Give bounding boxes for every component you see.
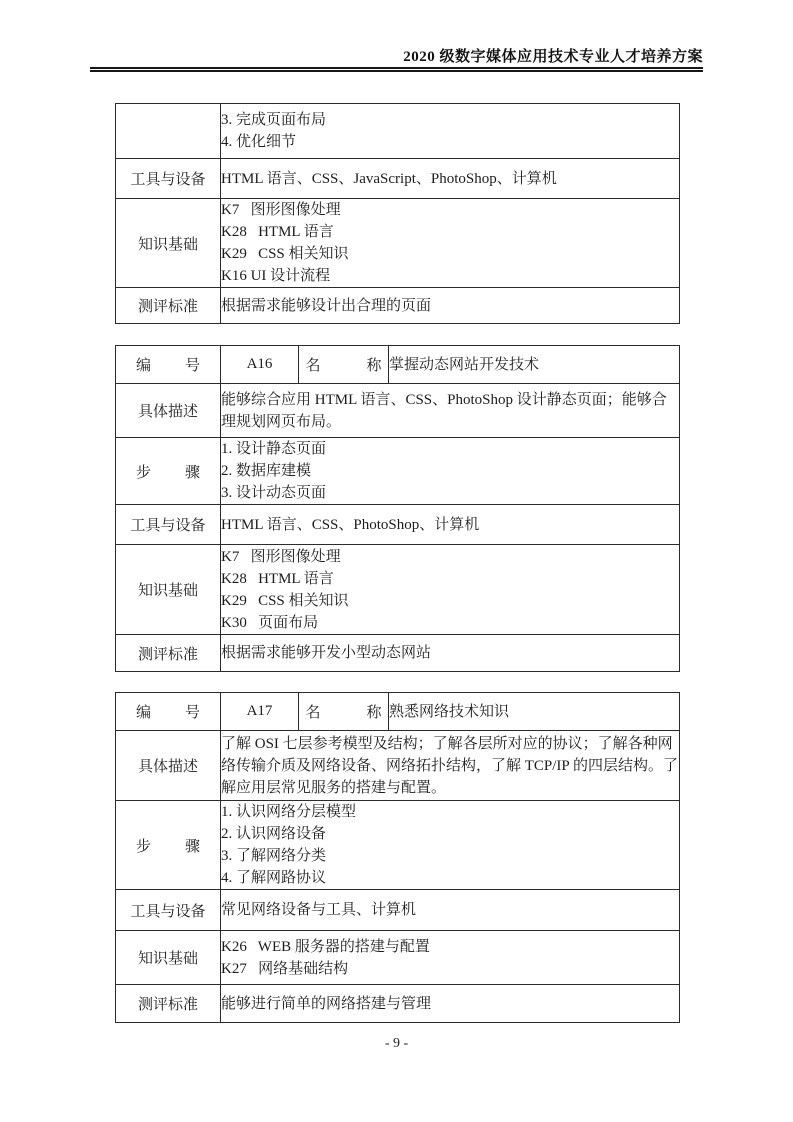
content-line: 3. 了解网络分类 — [221, 845, 679, 867]
task-table-a16: 编 号 A16 名 称 掌握动态网站开发技术 具体描述 能够综合应用 HTML … — [115, 345, 680, 672]
task-name: 熟悉网络技术知识 — [389, 693, 680, 731]
row-label-cell: 工具与设备 — [116, 505, 221, 545]
row-label-cell: 知识基础 — [116, 545, 221, 635]
content-line: K7 图形图像处理 — [221, 546, 679, 568]
document-title: 2020 级数字媒体应用技术专业人才培养方案 — [90, 45, 703, 66]
row-content-cell: HTML 语言、CSS、JavaScript、PhotoShop、计算机 — [221, 159, 680, 199]
row-label-cell: 知识基础 — [116, 199, 221, 288]
content-line: HTML 语言、CSS、JavaScript、PhotoShop、计算机 — [221, 168, 679, 190]
content-line: 1. 认识网络分层模型 — [221, 801, 679, 823]
row-label-cell: 名 称 — [299, 346, 389, 384]
row-content-cell: 根据需求能够设计出合理的页面 — [221, 288, 680, 324]
content-line: K26 WEB 服务器的搭建与配置 — [221, 936, 679, 958]
row-label-cell: 具体描述 — [116, 384, 221, 438]
row-content-cell: 能够进行简单的网络搭建与管理 — [221, 985, 680, 1023]
row-label-cell: 编 号 — [116, 346, 221, 384]
row-content-cell: 能够综合应用 HTML 语言、CSS、PhotoShop 设计静态页面；能够合理… — [221, 384, 680, 438]
row-label-cell: 测评标准 — [116, 635, 221, 672]
content-line: K27 网络基础结构 — [221, 958, 679, 980]
table-row: 测评标准 根据需求能够设计出合理的页面 — [116, 288, 680, 324]
steps-label: 步 骤 — [136, 835, 200, 856]
content-line: K28 HTML 语言 — [221, 568, 679, 590]
row-content-cell: 了解 OSI 七层参考模型及结构；了解各层所对应的协议；了解各种网络传输介质及网… — [221, 731, 680, 801]
row-content-cell: 3. 完成页面布局 4. 优化细节 — [221, 104, 680, 159]
content-line: 常见网络设备与工具、计算机 — [221, 899, 679, 921]
row-label-cell: 编 号 — [116, 693, 221, 731]
content-line: 能够进行简单的网络搭建与管理 — [221, 993, 679, 1015]
name-label: 名 称 — [306, 701, 382, 722]
row-label-cell: 名 称 — [299, 693, 389, 731]
content-line: K16 UI 设计流程 — [221, 265, 679, 287]
task-code: A17 — [221, 693, 299, 731]
content-line: 4. 了解网路协议 — [221, 867, 679, 889]
content-line: 4. 优化细节 — [221, 131, 679, 153]
content-line: 根据需求能够设计出合理的页面 — [221, 295, 679, 317]
table-row: 知识基础 K26 WEB 服务器的搭建与配置 K27 网络基础结构 — [116, 931, 680, 985]
code-label: 编 号 — [136, 701, 200, 722]
table-row: 测评标准 能够进行简单的网络搭建与管理 — [116, 985, 680, 1023]
row-label-cell: 步 骤 — [116, 801, 221, 890]
row-label-cell: 测评标准 — [116, 985, 221, 1023]
content-line: K29 CSS 相关知识 — [221, 590, 679, 612]
code-label: 编 号 — [136, 354, 200, 375]
row-label-cell: 知识基础 — [116, 931, 221, 985]
table-row: 测评标准 根据需求能够开发小型动态网站 — [116, 635, 680, 672]
content-line: HTML 语言、CSS、PhotoShop、计算机 — [221, 514, 679, 536]
content-line: 能够综合应用 HTML 语言、CSS、PhotoShop 设计静态页面；能够合理… — [221, 389, 679, 433]
table-row: 工具与设备 HTML 语言、CSS、PhotoShop、计算机 — [116, 505, 680, 545]
row-label-cell: 测评标准 — [116, 288, 221, 324]
table-row: 编 号 A17 名 称 熟悉网络技术知识 — [116, 693, 680, 731]
row-content-cell: K26 WEB 服务器的搭建与配置 K27 网络基础结构 — [221, 931, 680, 985]
row-content-cell: 常见网络设备与工具、计算机 — [221, 890, 680, 931]
table-row: 知识基础 K7 图形图像处理 K28 HTML 语言 K29 CSS 相关知识 … — [116, 199, 680, 288]
table-row: 具体描述 了解 OSI 七层参考模型及结构；了解各层所对应的协议；了解各种网络传… — [116, 731, 680, 801]
content-line: 熟悉网络技术知识 — [389, 701, 679, 723]
row-label-cell: 工具与设备 — [116, 890, 221, 931]
row-label-cell — [116, 104, 221, 159]
table-row: 具体描述 能够综合应用 HTML 语言、CSS、PhotoShop 设计静态页面… — [116, 384, 680, 438]
content-line: 2. 数据库建模 — [221, 460, 679, 482]
page-number: - 9 - — [0, 1036, 793, 1052]
row-content-cell: 1. 设计静态页面 2. 数据库建模 3. 设计动态页面 — [221, 438, 680, 505]
content-line: K29 CSS 相关知识 — [221, 243, 679, 265]
content-line: K30 页面布局 — [221, 612, 679, 634]
row-label-cell: 步 骤 — [116, 438, 221, 505]
row-content-cell: 1. 认识网络分层模型 2. 认识网络设备 3. 了解网络分类 4. 了解网路协… — [221, 801, 680, 890]
content-line: 3. 设计动态页面 — [221, 482, 679, 504]
row-label-cell: 具体描述 — [116, 731, 221, 801]
table-row: 3. 完成页面布局 4. 优化细节 — [116, 104, 680, 159]
task-table-continuation: 3. 完成页面布局 4. 优化细节 工具与设备 HTML 语言、CSS、Java… — [115, 103, 680, 324]
task-code: A16 — [221, 346, 299, 384]
row-label-cell: 工具与设备 — [116, 159, 221, 199]
content-line: 2. 认识网络设备 — [221, 823, 679, 845]
table-row: 编 号 A16 名 称 掌握动态网站开发技术 — [116, 346, 680, 384]
row-content-cell: 根据需求能够开发小型动态网站 — [221, 635, 680, 672]
table-row: 步 骤 1. 设计静态页面 2. 数据库建模 3. 设计动态页面 — [116, 438, 680, 505]
row-content-cell: K7 图形图像处理 K28 HTML 语言 K29 CSS 相关知识 K16 U… — [221, 199, 680, 288]
content-line: 了解 OSI 七层参考模型及结构；了解各层所对应的协议；了解各种网络传输介质及网… — [221, 733, 679, 799]
table-row: 工具与设备 常见网络设备与工具、计算机 — [116, 890, 680, 931]
header-rule — [90, 67, 703, 72]
steps-label: 步 骤 — [136, 461, 200, 482]
content-line: 3. 完成页面布局 — [221, 109, 679, 131]
content-line: 根据需求能够开发小型动态网站 — [221, 642, 679, 664]
row-content-cell: K7 图形图像处理 K28 HTML 语言 K29 CSS 相关知识 K30 页… — [221, 545, 680, 635]
name-label: 名 称 — [306, 354, 382, 375]
content-line: 掌握动态网站开发技术 — [389, 354, 679, 376]
table-row: 步 骤 1. 认识网络分层模型 2. 认识网络设备 3. 了解网络分类 4. 了… — [116, 801, 680, 890]
row-content-cell: HTML 语言、CSS、PhotoShop、计算机 — [221, 505, 680, 545]
task-table-a17: 编 号 A17 名 称 熟悉网络技术知识 具体描述 了解 OSI 七层参考模型及… — [115, 692, 680, 1023]
table-row: 工具与设备 HTML 语言、CSS、JavaScript、PhotoShop、计… — [116, 159, 680, 199]
content-line: K7 图形图像处理 — [221, 199, 679, 221]
content-line: 1. 设计静态页面 — [221, 438, 679, 460]
table-row: 知识基础 K7 图形图像处理 K28 HTML 语言 K29 CSS 相关知识 … — [116, 545, 680, 635]
content-line: K28 HTML 语言 — [221, 221, 679, 243]
task-name: 掌握动态网站开发技术 — [389, 346, 680, 384]
